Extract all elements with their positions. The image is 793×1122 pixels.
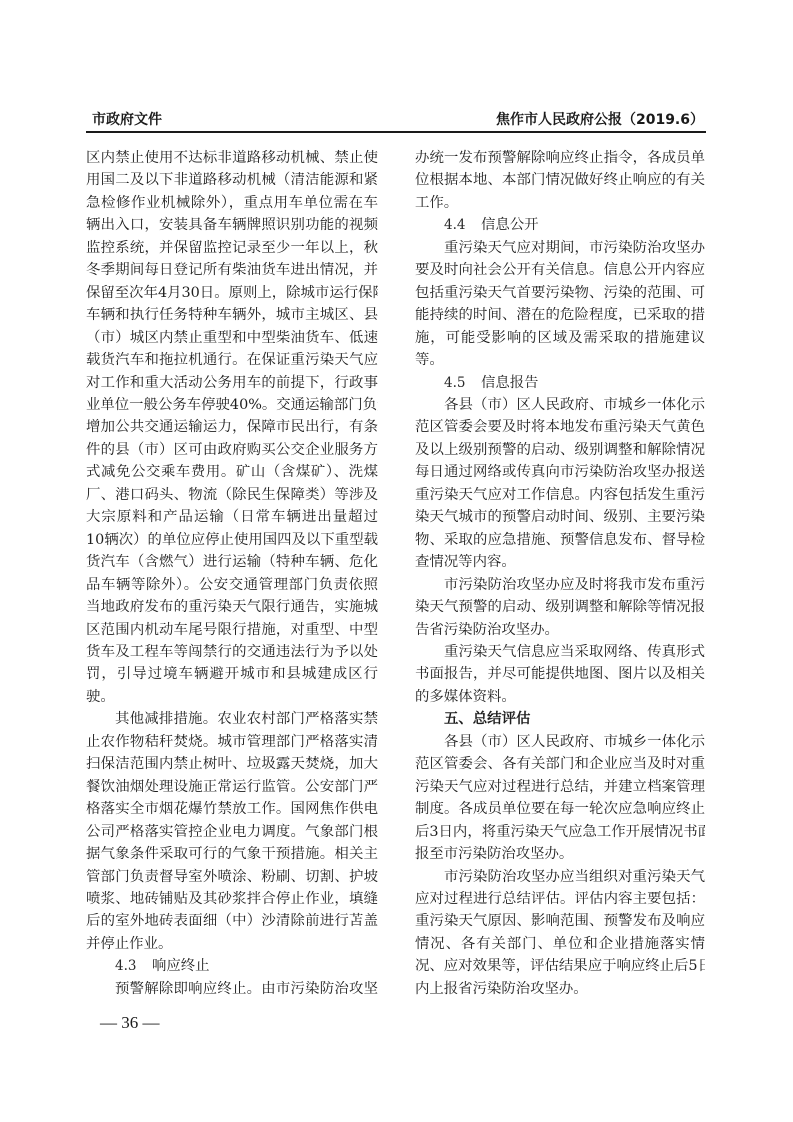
- running-header-section: 市政府文件: [92, 111, 162, 129]
- text-line: 厂、港口码头、物流（除民生保障类）等涉及: [86, 484, 378, 506]
- text-line: 染天气城市的预警启动时间、级别、主要污染: [415, 506, 705, 528]
- text-line: 重污染天气应对工作信息。内容包括发生重污: [415, 484, 705, 506]
- text-line: 急检修作业机械除外），重点用车单位需在车: [86, 192, 378, 214]
- section-heading-4-5: 4.5信息报告: [415, 372, 705, 394]
- text-line: 办统一发布预警解除响应终止指令，各成员单: [415, 147, 705, 169]
- section-heading-4-3: 4.3响应终止: [86, 955, 378, 977]
- section-heading-4-4: 4.4信息公开: [415, 214, 705, 236]
- text-line: 重污染天气原因、影响范围、预警发布及响应: [415, 910, 705, 932]
- paragraph-start-line: 各县（市）区人民政府、市城乡一体化示: [415, 731, 705, 753]
- section-title: 响应终止: [152, 958, 210, 974]
- header-rule: [86, 131, 706, 133]
- text-line: 据气象条件采取可行的气象干预措施。相关主: [86, 843, 378, 865]
- section-number: 4.4: [444, 214, 481, 236]
- text-line: 后3日内，将重污染天气应急工作开展情况书面: [415, 821, 705, 843]
- text-line: 区范围内机动车尾号限行措施，对重型、中型: [86, 619, 378, 641]
- text-line: 内上报省污染防治攻坚办。: [415, 978, 705, 1000]
- text-line: 冬季期间每日登记所有柴油货车进出情况，并: [86, 259, 378, 281]
- paragraph-start-line: 重污染天气应对期间，市污染防治攻坚办: [415, 237, 705, 259]
- text-line: 当地政府发布的重污染天气限行通告，实施城: [86, 596, 378, 618]
- text-line: 施，可能受影响的区域及需采取的措施建议: [415, 327, 705, 349]
- text-line: 要及时向社会公开有关信息。信息公开内容应: [415, 259, 705, 281]
- paragraph-start-line: 市污染防治攻坚办应当组织对重污染天气: [415, 866, 705, 888]
- text-line: 驶。: [86, 686, 378, 708]
- text-line: 大宗原料和产品运输（日常车辆进出量超过: [86, 506, 378, 528]
- text-line: 能持续的时间、潜在的危险程度，已采取的措: [415, 304, 705, 326]
- text-line: 况、应对效果等，评估结果应于响应终止后5日: [415, 955, 705, 977]
- text-line: 查情况等内容。: [415, 551, 705, 573]
- left-column: 区内禁止使用不达标非道路移动机械、禁止使 用国二及以下非道路移动机械（清洁能源和…: [86, 147, 378, 1000]
- section-number: 4.5: [444, 372, 481, 394]
- paragraph-start-line: 各县（市）区人民政府、市城乡一体化示: [415, 394, 705, 416]
- text-line: 区内禁止使用不达标非道路移动机械、禁止使: [86, 147, 378, 169]
- text-line: 10辆次）的单位应停止使用国四及以下重型载: [86, 529, 378, 551]
- text-line: 罚，引导过境车辆避开城市和县城建成区行: [86, 663, 378, 685]
- text-line: 监控系统，并保留监控记录至少一年以上，秋: [86, 237, 378, 259]
- text-line: 的多媒体资料。: [415, 686, 705, 708]
- text-line: 应对过程进行总结评估。评估内容主要包括：: [415, 888, 705, 910]
- right-column: 办统一发布预警解除响应终止指令，各成员单 位根据本地、本部门情况做好终止响应的有…: [415, 147, 705, 1000]
- text-line: 范区管委会要及时将本地发布重污染天气黄色: [415, 416, 705, 438]
- section-title: 信息公开: [481, 217, 539, 233]
- text-line: 用国二及以下非道路移动机械（清洁能源和紧: [86, 169, 378, 191]
- text-line: 等。: [415, 349, 705, 371]
- text-line: 污染天气应对过程进行总结，并建立档案管理: [415, 776, 705, 798]
- text-line: 货车及工程车等闯禁行的交通违法行为予以处: [86, 641, 378, 663]
- text-line: 工作。: [415, 192, 705, 214]
- text-line: 管部门负责督导室外喷涂、粉刷、切割、护坡: [86, 866, 378, 888]
- text-line: 报至市污染防治攻坚办。: [415, 843, 705, 865]
- text-line: 式减免公交乘车费用。矿山（含煤矿）、洗煤: [86, 461, 378, 483]
- text-line: 增加公共交通运输运力，保障市民出行，有条: [86, 416, 378, 438]
- paragraph-start-line: 市污染防治攻坚办应及时将我市发布重污: [415, 574, 705, 596]
- text-line: 及以上级别预警的启动、级别调整和解除情况: [415, 439, 705, 461]
- text-line: 格落实全市烟花爆竹禁放工作。国网焦作供电: [86, 798, 378, 820]
- text-line: 位根据本地、本部门情况做好终止响应的有关: [415, 169, 705, 191]
- text-line: 公司严格落实管控企业电力调度。气象部门根: [86, 821, 378, 843]
- text-line: 物、采取的应急措施、预警信息发布、督导检: [415, 529, 705, 551]
- text-line: 止农作物秸秆焚烧。城市管理部门严格落实清: [86, 731, 378, 753]
- section-number: 4.3: [115, 955, 152, 977]
- text-line: 染天气预警的启动、级别调整和解除等情况报: [415, 596, 705, 618]
- text-line: 每日通过网络或传真向市污染防治攻坚办报送: [415, 461, 705, 483]
- running-header-publication: 焦作市人民政府公报（2019.6）: [496, 111, 704, 129]
- section-heading-5: 五、总结评估: [415, 708, 705, 730]
- text-line: 并停止作业。: [86, 933, 378, 955]
- text-line: 货汽车（含燃气）进行运输（特种车辆、危化: [86, 551, 378, 573]
- text-line: 车辆和执行任务特种车辆外，城市主城区、县: [86, 304, 378, 326]
- text-line: 告省污染防治攻坚办。: [415, 619, 705, 641]
- text-line: 业单位一般公务车停驶40%。交通运输部门负责: [86, 394, 378, 416]
- text-line: 餐饮油烟处理设施正常运行监管。公安部门严: [86, 776, 378, 798]
- text-line: 范区管委会、各有关部门和企业应当及时对重: [415, 753, 705, 775]
- text-line: 件的县（市）区可由政府购买公交企业服务方: [86, 439, 378, 461]
- text-line: 后的室外地砖表面细（中）沙清除前进行苫盖: [86, 910, 378, 932]
- text-line: 品车辆等除外）。公安交通管理部门负责依照: [86, 574, 378, 596]
- text-line: 制度。各成员单位要在每一轮次应急响应终止: [415, 798, 705, 820]
- paragraph-start-line: 重污染天气信息应当采取网络、传真形式: [415, 641, 705, 663]
- text-line: 对工作和重大活动公务用车的前提下，行政事: [86, 372, 378, 394]
- paragraph-start-line: 预警解除即响应终止。由市污染防治攻坚: [86, 978, 378, 1000]
- page-number: — 36 —: [100, 1012, 160, 1034]
- text-line: （市）城区内禁止重型和中型柴油货车、低速: [86, 327, 378, 349]
- text-line: 情况、各有关部门、单位和企业措施落实情: [415, 933, 705, 955]
- text-line: 保留至次年4月30日。原则上，除城市运行保障: [86, 282, 378, 304]
- text-line: 喷浆、地砖铺贴及其砂浆拌合停止作业，填缝: [86, 888, 378, 910]
- section-title: 信息报告: [481, 375, 539, 391]
- text-line: 辆出入口，安装具备车辆牌照识别功能的视频: [86, 214, 378, 236]
- text-line: 扫保洁范围内禁止树叶、垃圾露天焚烧，加大: [86, 753, 378, 775]
- text-line: 载货汽车和拖拉机通行。在保证重污染天气应: [86, 349, 378, 371]
- paragraph-start-line: 其他减排措施。农业农村部门严格落实禁: [86, 708, 378, 730]
- text-line: 书面报告，并尽可能提供地图、图片以及相关: [415, 663, 705, 685]
- text-line: 包括重污染天气首要污染物、污染的范围、可: [415, 282, 705, 304]
